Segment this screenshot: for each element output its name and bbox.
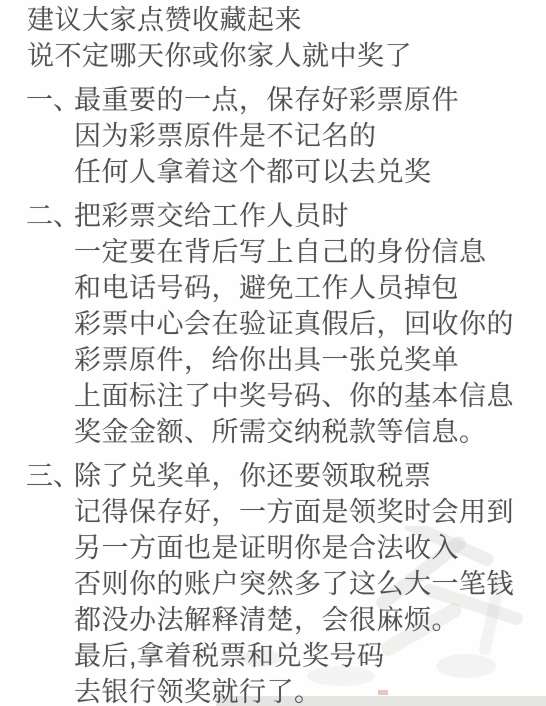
- text-line: 任何人拿着这个都可以去兑奖: [74, 154, 546, 190]
- section-two: 二、 把彩票交给工作人员时 一定要在背后写上自己的身份信息 和电话号码，避免工作…: [0, 198, 546, 450]
- text-line: 否则你的账户突然多了这么大一笔钱: [74, 566, 546, 602]
- text-line: 记得保存好，一方面是领奖时会用到: [74, 494, 546, 530]
- text-line: 去银行领奖就行了。: [74, 674, 546, 706]
- text-line: 和电话号码，避免工作人员掉包: [74, 270, 546, 306]
- note-content: 建议大家点赞收藏起来 说不定哪天你或你家人就中奖了 一、 最重要的一点，保存好彩…: [0, 0, 546, 706]
- text-line: 另一方面也是证明你是合法收入: [74, 530, 546, 566]
- section-one: 一、 最重要的一点，保存好彩票原件 因为彩票原件是不记名的 任何人拿着这个都可以…: [0, 82, 546, 190]
- text-line: 奖金金额、所需交纳税款等信息。: [74, 414, 546, 450]
- text-line: 彩票中心会在验证真假后，回收你的: [74, 306, 546, 342]
- intro-line-1: 建议大家点赞收藏起来: [27, 2, 546, 38]
- text-line: 最后,拿着税票和兑奖号码: [74, 638, 546, 674]
- section-one-marker: 一、: [26, 82, 80, 118]
- text-line: 彩票原件，给你出具一张兑奖单: [74, 342, 546, 378]
- lottery-advice-note: 建议大家点赞收藏起来 说不定哪天你或你家人就中奖了 一、 最重要的一点，保存好彩…: [0, 0, 546, 706]
- text-line: 都没办法解释清楚，会很麻烦。: [74, 602, 546, 638]
- text-line: 上面标注了中奖号码、你的基本信息: [74, 378, 546, 414]
- text-line: 最重要的一点，保存好彩票原件: [74, 82, 546, 118]
- section-three: 三、 除了兑奖单，你还要领取税票 记得保存好，一方面是领奖时会用到 另一方面也是…: [0, 458, 546, 706]
- text-line: 除了兑奖单，你还要领取税票: [74, 458, 546, 494]
- section-three-marker: 三、: [26, 458, 80, 494]
- text-line: 因为彩票原件是不记名的: [74, 118, 546, 154]
- section-two-marker: 二、: [26, 198, 80, 234]
- text-line: 把彩票交给工作人员时: [74, 198, 546, 234]
- text-line: 一定要在背后写上自己的身份信息: [74, 234, 546, 270]
- intro-line-2: 说不定哪天你或你家人就中奖了: [27, 38, 546, 74]
